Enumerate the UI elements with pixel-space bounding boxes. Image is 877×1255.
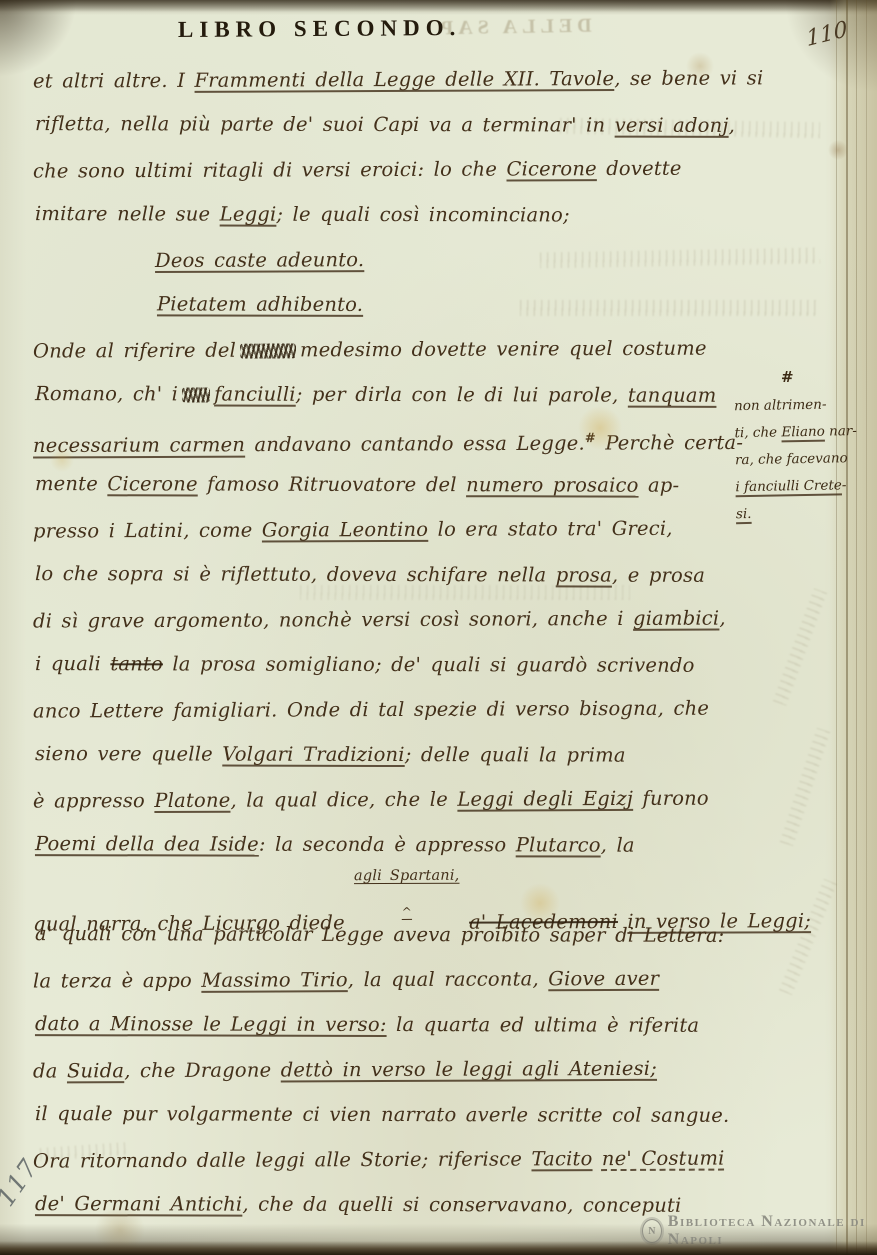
text-segment: Romano, ch' i xyxy=(35,382,178,405)
text-segment: Eliano xyxy=(781,424,825,441)
manuscript-line: et altri altre. I Frammenti della Legge … xyxy=(33,55,745,103)
manuscript-line: da Suida, che Dragone dettò in verso le … xyxy=(33,1045,745,1093)
manuscript-line: che sono ultimi ritagli di versi eroici:… xyxy=(33,145,745,193)
text-segment: anco Lettere famigliari. Onde di tal spe… xyxy=(33,697,709,723)
manuscript-line: sieno vere quelle Volgari Tradizioni; de… xyxy=(35,731,745,778)
manuscript-line: rifletta, nella più parte de' suoi Capi … xyxy=(35,101,745,148)
manuscript-line: mente Cicerone famoso Ritruovatore del n… xyxy=(35,461,745,508)
text-segment: rifletta, nella più parte de' suoi Capi … xyxy=(35,112,615,137)
text-segment: fanciulli xyxy=(214,383,296,406)
text-segment: Platone xyxy=(154,789,230,812)
margin-note-line: i fanciulli Crete- xyxy=(735,472,873,501)
text-segment: andavano cantando essa Legge. xyxy=(245,432,585,456)
page-top-edge-shadow xyxy=(0,0,877,12)
text-segment: et altri altre. I xyxy=(33,69,195,93)
text-segment: ; delle quali la prima xyxy=(405,743,626,767)
manuscript-line: dato a Minosse le Leggi in verso: la qua… xyxy=(35,1001,745,1048)
text-segment: imitare nelle sue xyxy=(35,202,220,225)
margin-note-line: si. xyxy=(736,499,874,528)
text-segment: famoso Ritruovatore del xyxy=(198,472,466,496)
text-segment: , la xyxy=(601,834,635,857)
text-segment: i quali xyxy=(35,652,110,675)
manuscript-page: DELLA SAP LIBRO SECONDO. 110 et altri al… xyxy=(0,0,877,1255)
manuscript-line: imitare nelle sue Leggi; le quali così i… xyxy=(35,191,745,238)
text-segment: che sono ultimi ritagli di versi eroici:… xyxy=(33,157,507,182)
text-segment: lo era stato tra' Greci, xyxy=(428,517,673,541)
text-segment: Gorgia Leontino xyxy=(262,518,428,542)
text-segment: Leggi xyxy=(220,203,277,226)
text-segment: : la seconda è appresso xyxy=(259,833,516,857)
manuscript-line: anco Lettere famigliari. Onde di tal spe… xyxy=(33,685,745,733)
text-segment: tanquam xyxy=(628,384,717,407)
page-crease xyxy=(836,0,837,1255)
text-segment: , xyxy=(729,114,735,137)
text-segment: di sì grave argomento, nonchè versi così… xyxy=(33,607,633,633)
text-segment: Tacito xyxy=(531,1147,592,1170)
text-segment: Suida xyxy=(67,1059,124,1082)
quoted-verse-line: Pietatem adhibento. xyxy=(35,281,745,328)
text-segment: la quarta ed ultima è riferita xyxy=(387,1013,700,1037)
text-segment: Onde al riferire del xyxy=(33,339,236,363)
margin-note-line: non altrimen- xyxy=(734,391,872,420)
page-bottom-edge-shadow xyxy=(0,1241,877,1255)
text-segment: , la qual racconta, xyxy=(348,967,549,991)
text-segment: Giove aver xyxy=(548,967,659,990)
bleed-through-text xyxy=(779,879,837,996)
text-segment: dato a Minosse le Leggi in verso: xyxy=(35,1012,387,1036)
text-segment: furono xyxy=(633,787,709,810)
text-segment: giambici xyxy=(633,607,719,630)
text-segment: Frammenti della Legge delle XII. Tavole xyxy=(194,67,614,92)
margin-note: non altrimen-ti, che Eliano nar-ra, che … xyxy=(734,391,874,528)
text-segment: ne' Costumi xyxy=(602,1147,725,1171)
text-segment: mente xyxy=(35,472,107,495)
text-segment: , la qual dice, che le xyxy=(230,788,457,812)
text-segment: la prosa somigliano; de' quali si guardò… xyxy=(163,652,695,676)
text-segment: ; per dirla con le di lui parole, xyxy=(296,383,628,407)
text-segment: ti, che xyxy=(734,424,781,441)
text-segment: Perchè certa- xyxy=(596,431,743,455)
text-segment: Leggi degli Egizj xyxy=(457,787,633,811)
text-segment: Massimo Tirio xyxy=(201,968,348,992)
struck-out-text: tanto xyxy=(110,652,163,675)
text-segment: de' Germani Antichi xyxy=(35,1192,242,1216)
text-segment: si. xyxy=(736,506,752,522)
text-segment: nar- xyxy=(825,423,857,440)
manuscript-line: Onde al riferire delmedesimo dovette ven… xyxy=(33,325,745,373)
quoted-verse-line: Deos caste adeunto. xyxy=(33,235,745,283)
manuscript-line: necessarium carmen andavano cantando ess… xyxy=(33,415,745,463)
text-segment: Pietatem adhibento. xyxy=(157,292,363,316)
margin-note-line: ti, che Eliano nar- xyxy=(734,418,872,447)
text-segment: , se bene vi si xyxy=(614,66,763,90)
text-segment: Deos caste adeunto. xyxy=(155,248,364,272)
text-segment: , che da quelli si conservavano, concepu… xyxy=(242,1193,681,1217)
manuscript-line: è appresso Platone, la qual dice, che le… xyxy=(33,775,745,823)
bleed-through-text xyxy=(773,588,827,706)
text-segment: ra, che facevano xyxy=(735,450,848,468)
text-segment: Ora ritornando dalle leggi alle Storie; … xyxy=(33,1147,532,1172)
text-segment: è appresso xyxy=(33,789,154,813)
manuscript-line: la terza è appo Massimo Tirio, la qual r… xyxy=(33,955,745,1003)
text-segment: dettò in verso le leggi agli Ateniesi; xyxy=(281,1057,657,1082)
text-segment: necessarium carmen xyxy=(33,433,245,457)
text-segment: Cicerone xyxy=(506,157,596,180)
scribbled-out-text xyxy=(182,387,210,402)
manuscript-line: lo che sopra si è riflettuto, doveva sch… xyxy=(35,551,745,598)
text-segment: versi adonj xyxy=(615,114,729,137)
text-segment: presso i Latini, come xyxy=(33,519,262,543)
manuscript-line: Romano, ch' ifanciulli; per dirla con le… xyxy=(35,371,745,418)
book-title: LIBRO SECONDO. xyxy=(178,15,462,43)
page-crease xyxy=(856,0,857,1255)
text-segment: - xyxy=(842,477,847,493)
text-segment: Poemi della dea Iside xyxy=(35,832,259,856)
manuscript-line: de' Germani Antichi, che da quelli si co… xyxy=(35,1181,745,1228)
text-segment: Plutarco xyxy=(516,833,601,856)
scribbled-out-text xyxy=(240,343,296,358)
text-segment: lo che sopra si è riflettuto, doveva sch… xyxy=(35,562,556,586)
page-crease xyxy=(866,0,867,1255)
text-segment: ; le quali così incominciano; xyxy=(276,203,569,227)
text-segment: medesimo dovette venire quel costume xyxy=(300,337,707,362)
text-segment: i fanciulli Crete xyxy=(735,477,842,495)
manuscript-line: Ora ritornando dalle leggi alle Storie; … xyxy=(33,1135,745,1183)
text-segment: , xyxy=(719,607,726,630)
margin-note-reference-mark: # xyxy=(781,368,794,386)
text-segment: numero prosaico xyxy=(466,473,639,496)
manuscript-line: a' quali con una particolar Legge aveva … xyxy=(35,911,745,958)
text-segment: ap- xyxy=(639,474,680,497)
text-segment: il quale pur volgarmente ci vien narrato… xyxy=(35,1102,730,1127)
library-logo-icon: N xyxy=(642,1219,662,1243)
reference-mark: # xyxy=(585,431,596,446)
text-segment xyxy=(592,1147,602,1170)
manuscript-line: presso i Latini, come Gorgia Leontino lo… xyxy=(33,505,745,553)
text-segment: , e prosa xyxy=(612,564,705,587)
text-segment: da xyxy=(33,1059,67,1082)
text-segment: la terza è appo xyxy=(33,969,201,993)
text-segment: Volgari Tradizioni xyxy=(222,743,405,766)
text-segment: prosa xyxy=(556,563,612,586)
bleed-through-text xyxy=(780,728,830,846)
text-segment: , che Dragone xyxy=(124,1058,281,1082)
page-crease xyxy=(846,0,848,1255)
text-segment: non altrimen- xyxy=(734,397,827,415)
margin-note-line: ra, che facevano xyxy=(735,445,873,474)
adjacent-page-edge xyxy=(830,0,877,1255)
manuscript-line: qual narra, che Licurgo diede agli Spart… xyxy=(33,865,745,913)
manuscript-line: di sì grave argomento, nonchè versi così… xyxy=(33,595,745,643)
text-segment: dovette xyxy=(597,157,682,180)
manuscript-line: i quali tanto la prosa somigliano; de' q… xyxy=(35,641,745,688)
manuscript-line: il quale pur volgarmente ci vien narrato… xyxy=(35,1091,745,1138)
text-segment: sieno vere quelle xyxy=(35,742,222,765)
text-segment: Cicerone xyxy=(107,472,197,495)
manuscript-text-block: et altri altre. I Frammenti della Legge … xyxy=(33,57,745,1227)
text-segment: a' quali con una particolar Legge aveva … xyxy=(35,922,724,947)
